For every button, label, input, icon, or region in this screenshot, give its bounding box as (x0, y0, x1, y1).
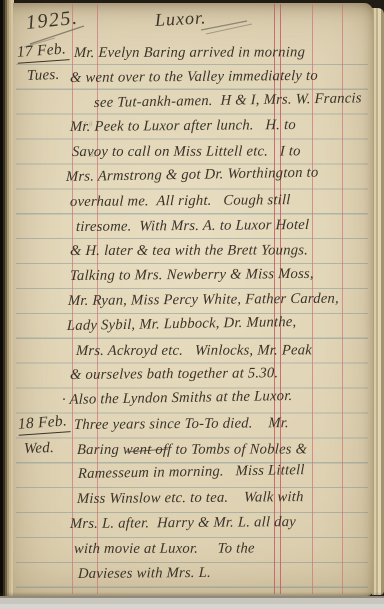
diary-text-line: Mr. Ryan, Miss Percy White, Father Carde… (68, 291, 339, 309)
entry-weekday: Wed. (24, 440, 55, 458)
desk-surface (0, 596, 384, 609)
diary-text-line: & ourselves bath together at 5.30. (70, 365, 279, 383)
entry-weekday: Tues. (27, 67, 60, 85)
diary-scan: 1925. Luxor. Mr. Evelyn Baring arrived i… (0, 0, 384, 609)
diary-text-line: Talking to Mrs. Newberry & Miss Moss, (70, 266, 314, 284)
diary-text-line: overhaul me. All right. Cough still (70, 192, 291, 210)
entry-date-label: 18 Feb. (17, 412, 70, 436)
diary-text-line: Davieses with Mrs. L. (78, 565, 211, 582)
diary-text-line: Three years since To-To died. Mr. (74, 415, 289, 433)
diary-text-line: & H. later & tea with the Brett Youngs. (70, 242, 309, 259)
diary-text-line: Baring went off to Tombs of Nobles & (77, 441, 308, 458)
diary-text-line: Mrs. Ackroyd etc. Winlocks, Mr. Peak (76, 342, 313, 359)
diary-text-line: Savoy to call on Miss Littell etc. I to (72, 143, 301, 160)
place-heading: Luxor. (154, 8, 206, 30)
diary-text-line: Mr. Evelyn Baring arrived in morning (74, 44, 306, 61)
entry-date: 18 Feb. (18, 414, 70, 434)
diary-text-line: Mrs. L. after. Harry & Mr. L. all day (70, 514, 296, 532)
diary-text-line: tiresome. With Mrs. A. to Luxor Hotel (76, 217, 310, 235)
diary-text-line: & went over to the Valley immediately to (70, 68, 318, 86)
diary-text-line: Mr. Peek to Luxor after lunch. H. to (70, 117, 296, 135)
entry-date-label: 17 Feb. (16, 40, 69, 64)
entry-date: 17 Feb. (17, 42, 69, 62)
diary-text-line: Miss Winslow etc. to tea. Walk with (77, 489, 304, 507)
diary-text-line: with movie at Luxor. To the (74, 541, 255, 558)
